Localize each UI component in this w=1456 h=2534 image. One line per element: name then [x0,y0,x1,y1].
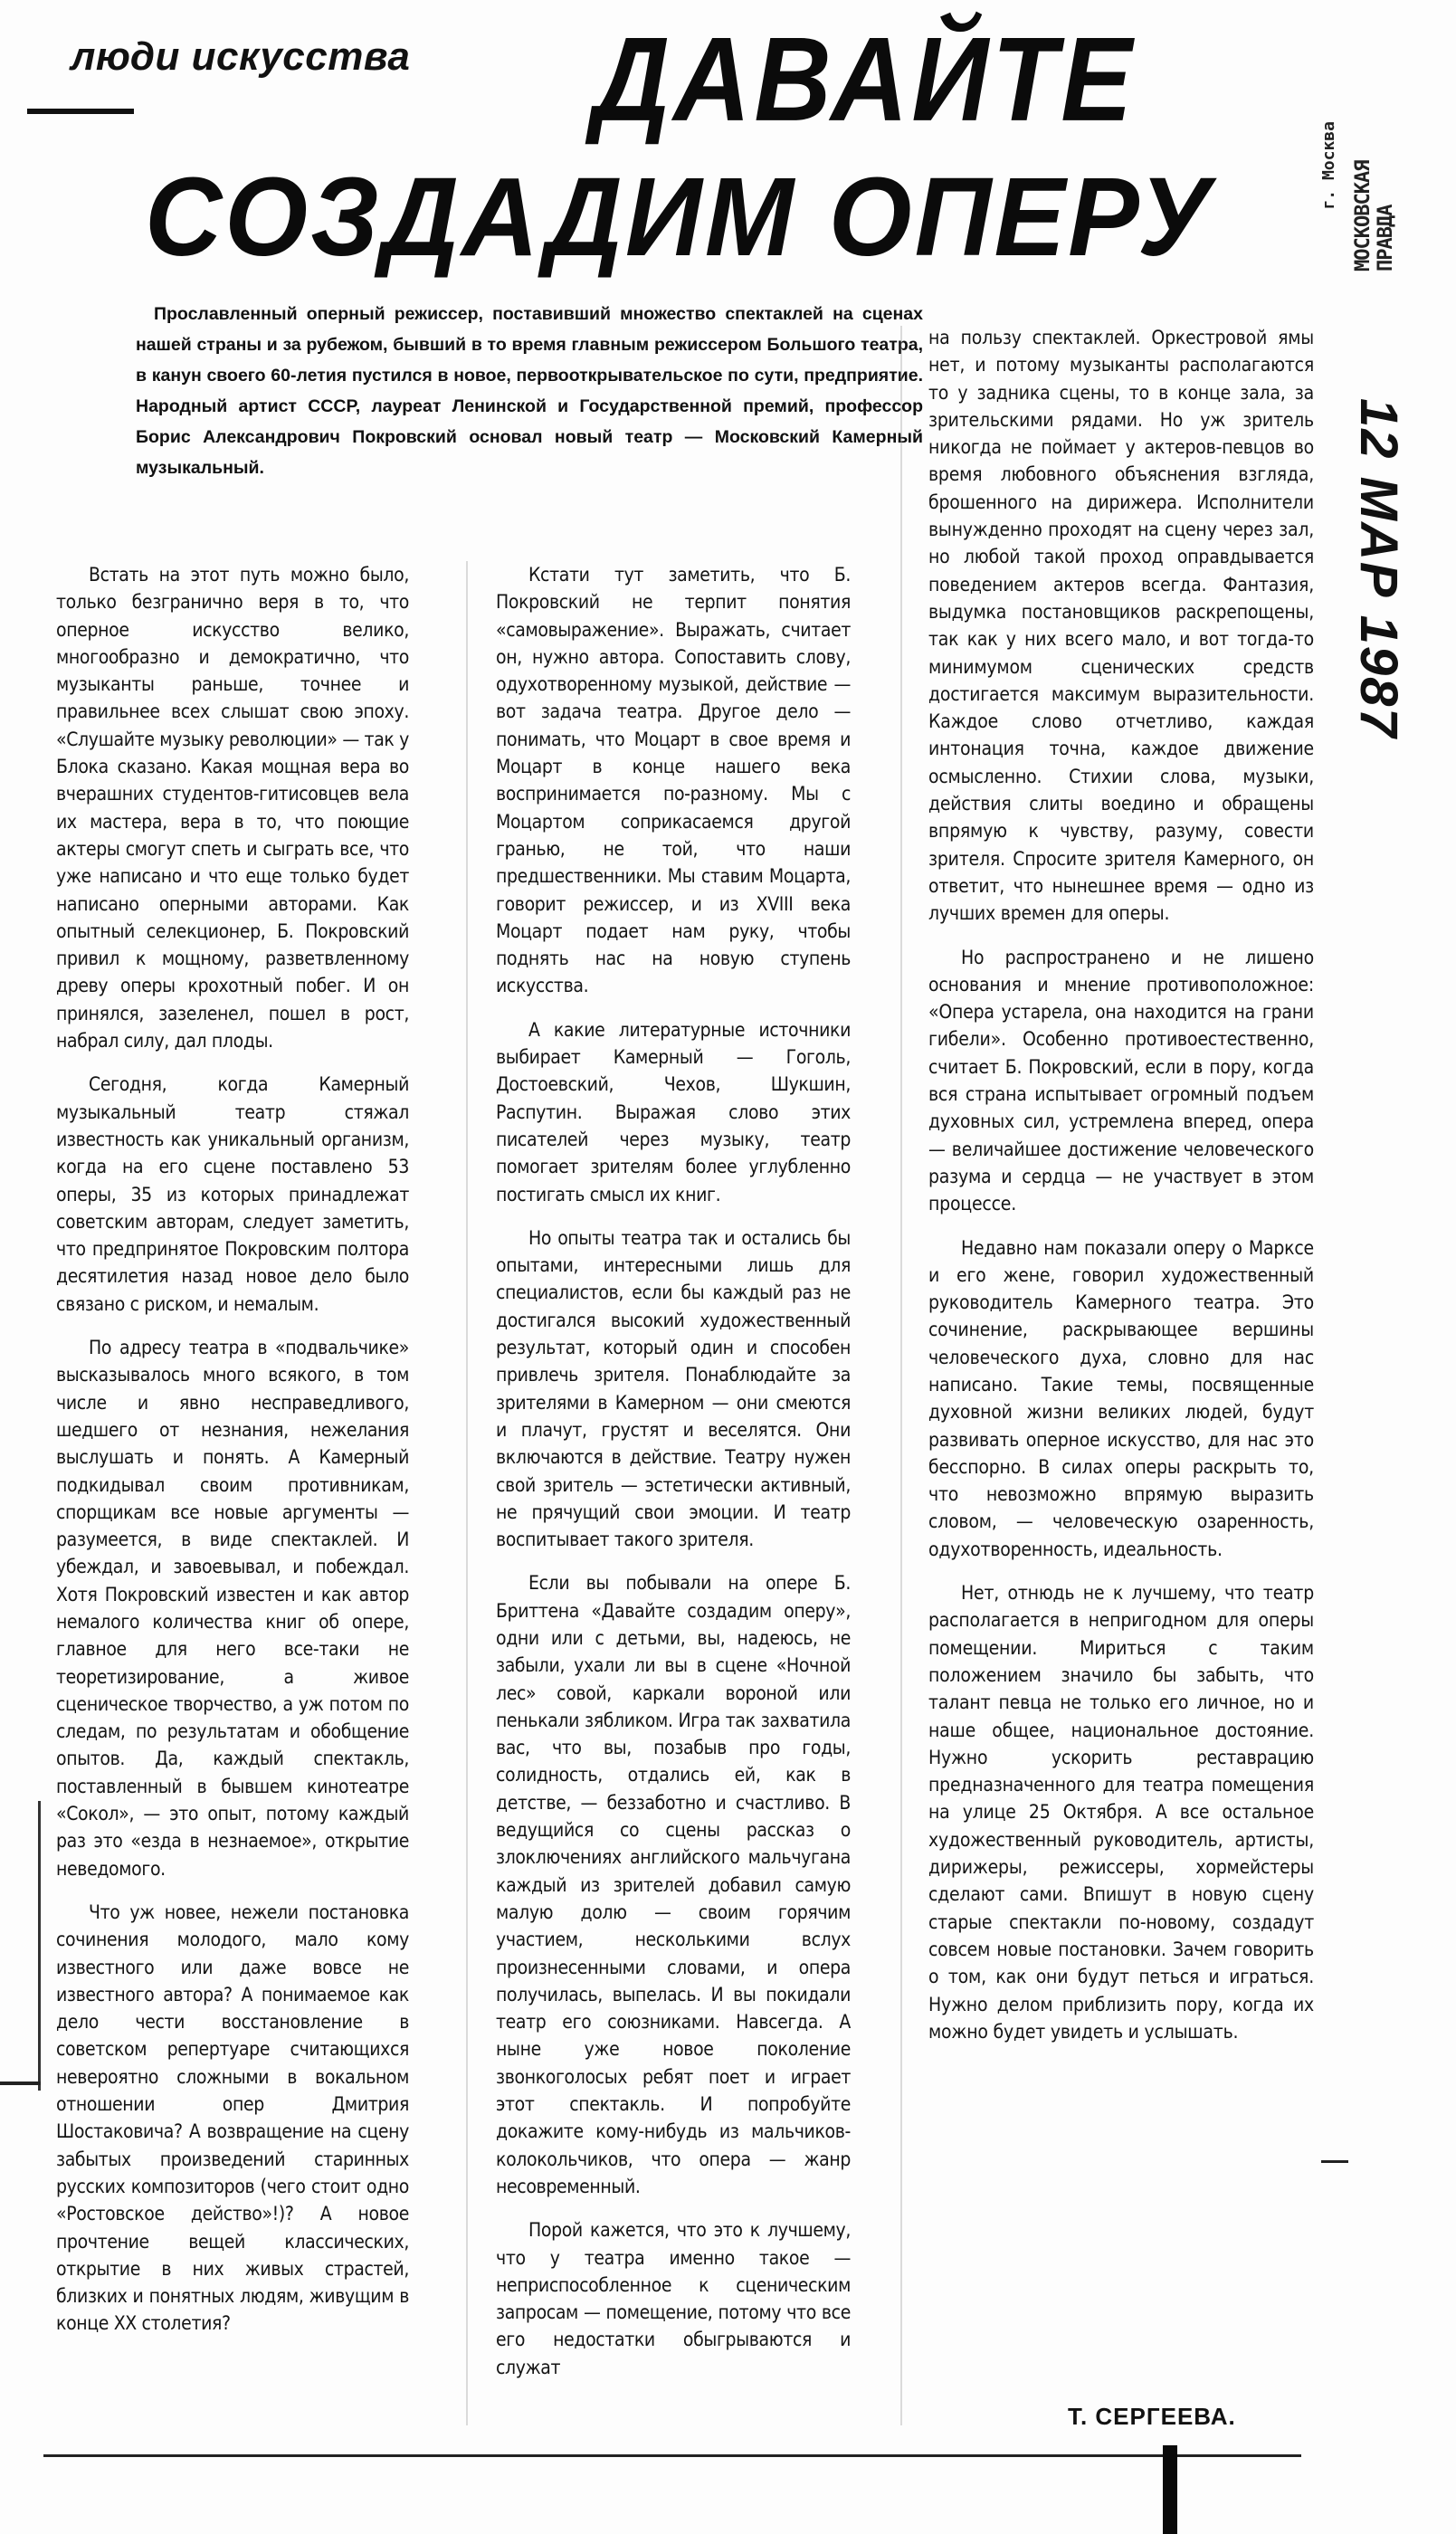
paragraph: на пользу спектаклей. Оркестровой ямы не… [928,324,1314,928]
lead-paragraph: Прославленный оперный режиссер, поставив… [136,299,923,483]
margin-vertical-line [38,1801,41,2091]
side-tick-mark [1321,2160,1348,2163]
paragraph: По адресу театра в «подвальчике» высказы… [56,1334,409,1882]
article-column-1: Встать на этот путь можно было, только б… [56,561,409,2354]
article-column-3: на пользу спектаклей. Оркестровой ямы не… [928,324,1314,2062]
bottom-crop-bar [1163,2445,1177,2534]
paragraph: Порой кажется, что это к лучшему, что у … [496,2216,851,2381]
paragraph: Встать на этот путь можно было, только б… [56,561,409,1054]
paragraph: А какие литературные источники выбирает … [496,1016,851,1208]
paragraph: Кстати тут заметить, что Б. Покровский н… [496,561,851,1000]
rubric-underline [27,109,134,114]
column-divider [466,561,468,2425]
date-stamp: 12 МАР 1987 [1348,398,1409,739]
paragraph: Нет, отнюдь не к лучшему, что театр расп… [928,1579,1314,2045]
article-column-2: Кстати тут заметить, что Б. Покровский н… [496,561,851,2397]
bottom-rule [43,2454,1301,2457]
author-signature: Т. СЕРГЕЕВА. [1068,2403,1236,2431]
paragraph: Недавно нам показали оперу о Марксе и ег… [928,1234,1314,1564]
column-divider [900,326,902,2425]
headline-line-2: СОЗДАДИМ ОПЕРУ [145,161,1213,273]
publication-stamp: МОСКОВСКАЯ ПРАВДА г. Москва [1303,100,1385,271]
paragraph: Что уж новее, нежели постановка сочинени… [56,1899,409,2338]
margin-tick-mark [0,2081,41,2085]
paragraph: Если вы побывали на опере Б. Бриттена «Д… [496,1569,851,2200]
rubric-label: люди искусства [71,34,410,80]
stamp-publication: МОСКОВСКАЯ ПРАВДА [1352,100,1397,271]
paragraph: Но распространено и не лишено основания … [928,944,1314,1218]
paragraph: Но опыты театра так и остались бы опытам… [496,1224,851,1554]
paragraph: Сегодня, когда Камерный музыкальный теат… [56,1071,409,1318]
headline-line-1: ДАВАЙТЕ [593,20,1136,139]
stamp-city: г. Москва [1319,121,1338,210]
